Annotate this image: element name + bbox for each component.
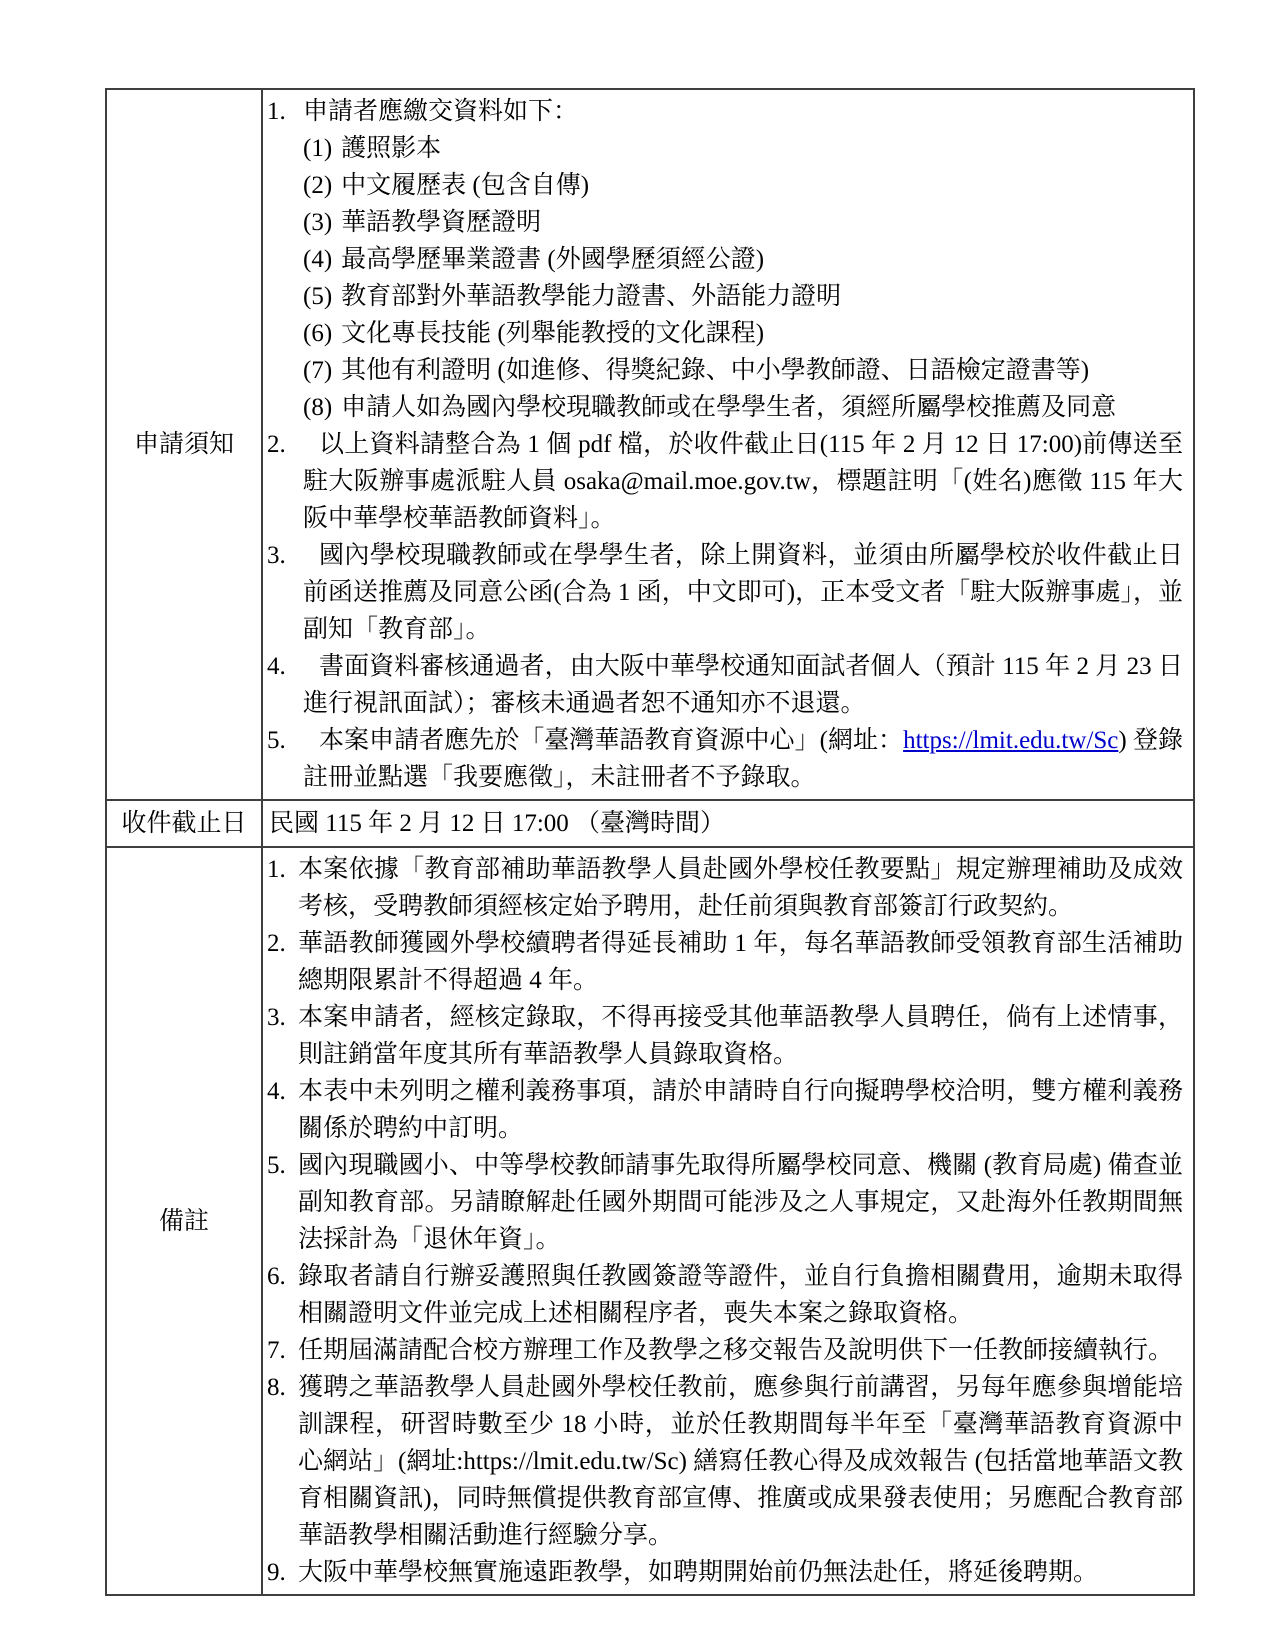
remark-item-4: 4.本表中未列明之權利義務事項，請於申請時自行向擬聘學校洽明，雙方權利義務關係於…: [267, 1073, 1183, 1147]
sub-item-text: 最高學歷畢業證書 (外國學歷須經公證): [341, 246, 764, 273]
resource-center-link[interactable]: https://lmit.edu.tw/Sc: [903, 727, 1118, 754]
item-number: 4.: [267, 648, 286, 685]
table-row-remarks: 備註 1.本案依據「教育部補助華語教學人員赴國外學校任教要點」規定辦理補助及成效…: [106, 847, 1194, 1595]
table-row-application-notes: 申請須知 1.申請者應繳交資料如下： (1)護照影本 (2)中文履歷表 (包含自…: [106, 89, 1194, 800]
item-text: 大阪中華學校無實施遠距教學，如聘期開始前仍無法赴任，將延後聘期。: [298, 1559, 1098, 1586]
sub-item-text: 中文履歷表 (包含自傳): [341, 172, 589, 199]
row-label-remarks: 備註: [106, 847, 262, 1595]
sub-item-5: (5)教育部對外華語教學能力證書、外語能力證明: [303, 278, 1183, 315]
sub-item-text: 華語教學資歷證明: [341, 209, 541, 236]
item-number: 2.: [267, 925, 286, 962]
item-number: 2.: [267, 426, 286, 463]
item-number: 4.: [267, 1073, 286, 1110]
item-text: 本案依據「教育部補助華語教學人員赴國外學校任教要點」規定辦理補助及成效考核，受聘…: [298, 856, 1183, 920]
item-text: 獲聘之華語教學人員赴國外學校任教前，應參與行前講習，另每年應參與增能培訓課程，研…: [298, 1374, 1183, 1549]
remark-item-8: 8.獲聘之華語教學人員赴國外學校任教前，應參與行前講習，另每年應參與增能培訓課程…: [267, 1369, 1183, 1554]
list-item-2: 2.以上資料請整合為 1 個 pdf 檔，於收件截止日(115 年 2 月 12…: [267, 426, 1183, 537]
item-number: 8.: [267, 1369, 286, 1406]
sub-item-number: (2): [303, 172, 332, 199]
item-number: 1.: [267, 93, 286, 130]
list-item-1: 1.申請者應繳交資料如下： (1)護照影本 (2)中文履歷表 (包含自傳) (3…: [267, 93, 1183, 426]
list-item-3: 3.國內學校現職教師或在學學生者，除上開資料，並須由所屬學校於收件截止日前函送推…: [267, 537, 1183, 648]
sub-item-4: (4)最高學歷畢業證書 (外國學歷須經公證): [303, 241, 1183, 278]
item-text: 錄取者請自行辦妥護照與任教國簽證等證件，並自行負擔相關費用，逾期未取得相關證明文…: [298, 1263, 1183, 1327]
application-info-table: 申請須知 1.申請者應繳交資料如下： (1)護照影本 (2)中文履歷表 (包含自…: [105, 88, 1195, 1596]
sub-item-text: 申請人如為國內學校現職教師或在學學生者，須經所屬學校推薦及同意: [341, 394, 1116, 421]
sub-item-text: 護照影本: [341, 135, 441, 162]
remarks-content: 1.本案依據「教育部補助華語教學人員赴國外學校任教要點」規定辦理補助及成效考核，…: [262, 847, 1194, 1595]
row-label-application-notes: 申請須知: [106, 89, 262, 800]
sub-item-8: (8)申請人如為國內學校現職教師或在學學生者，須經所屬學校推薦及同意: [303, 389, 1183, 426]
item-number: 7.: [267, 1332, 286, 1369]
item-number: 9.: [267, 1554, 286, 1591]
item-number: 5.: [267, 1147, 286, 1184]
item-text: 國內現職國小、中等學校教師請事先取得所屬學校同意、機關 (教育局處) 備查並副知…: [298, 1152, 1183, 1253]
sub-item-2: (2)中文履歷表 (包含自傳): [303, 167, 1183, 204]
item-number: 3.: [267, 537, 286, 574]
remark-item-2: 2.華語教師獲國外學校續聘者得延長補助 1 年，每名華語教師受領教育部生活補助總…: [267, 925, 1183, 999]
deadline-value: 民國 115 年 2 月 12 日 17:00 （臺灣時間）: [262, 800, 1194, 847]
row-label-deadline: 收件截止日: [106, 800, 262, 847]
sub-item-number: (4): [303, 246, 332, 273]
sub-item-3: (3)華語教學資歷證明: [303, 204, 1183, 241]
sub-item-number: (1): [303, 135, 332, 162]
table-row-deadline: 收件截止日 民國 115 年 2 月 12 日 17:00 （臺灣時間）: [106, 800, 1194, 847]
item-number: 6.: [267, 1258, 286, 1295]
sub-item-number: (7): [303, 357, 332, 384]
item-text: 國內學校現職教師或在學學生者，除上開資料，並須由所屬學校於收件截止日前函送推薦及…: [303, 542, 1183, 643]
item-number: 5.: [267, 722, 286, 759]
list-item-4: 4.書面資料審核通過者，由大阪中華學校通知面試者個人（預計 115 年 2 月 …: [267, 648, 1183, 722]
item-text: 華語教師獲國外學校續聘者得延長補助 1 年，每名華語教師受領教育部生活補助總期限…: [298, 930, 1183, 994]
sub-item-1: (1)護照影本: [303, 130, 1183, 167]
item-text: 以上資料請整合為 1 個 pdf 檔，於收件截止日(115 年 2 月 12 日…: [303, 431, 1183, 532]
remark-item-9: 9.大阪中華學校無實施遠距教學，如聘期開始前仍無法赴任，將延後聘期。: [267, 1554, 1183, 1591]
item-text: 申請者應繳交資料如下：: [303, 98, 578, 125]
sub-item-number: (5): [303, 283, 332, 310]
item-text: 本案申請者，經核定錄取，不得再接受其他華語教學人員聘任，倘有上述情事，則註銷當年…: [298, 1004, 1183, 1068]
sub-item-number: (3): [303, 209, 332, 236]
item-text-pre: 本案申請者應先於「臺灣華語教育資源中心」(網址：: [319, 727, 903, 754]
sub-item-text: 其他有利證明 (如進修、得獎紀錄、中小學教師證、日語檢定證書等): [341, 357, 1089, 384]
sub-item-number: (8): [303, 394, 332, 421]
sub-item-text: 教育部對外華語教學能力證書、外語能力證明: [341, 283, 841, 310]
document-page: 申請須知 1.申請者應繳交資料如下： (1)護照影本 (2)中文履歷表 (包含自…: [0, 0, 1275, 1650]
item-text: 本表中未列明之權利義務事項，請於申請時自行向擬聘學校洽明，雙方權利義務關係於聘約…: [298, 1078, 1183, 1142]
remark-item-5: 5.國內現職國小、中等學校教師請事先取得所屬學校同意、機關 (教育局處) 備查並…: [267, 1147, 1183, 1258]
remark-item-1: 1.本案依據「教育部補助華語教學人員赴國外學校任教要點」規定辦理補助及成效考核，…: [267, 851, 1183, 925]
list-item-5: 5.本案申請者應先於「臺灣華語教育資源中心」(網址：https://lmit.e…: [267, 722, 1183, 796]
item-text: 書面資料審核通過者，由大阪中華學校通知面試者個人（預計 115 年 2 月 23…: [303, 653, 1183, 717]
remark-item-6: 6.錄取者請自行辦妥護照與任教國簽證等證件，並自行負擔相關費用，逾期未取得相關證…: [267, 1258, 1183, 1332]
item-text: 任期屆滿請配合校方辦理工作及教學之移交報告及說明供下一任教師接續執行。: [298, 1337, 1173, 1364]
sub-item-text: 文化專長技能 (列舉能教授的文化課程): [341, 320, 764, 347]
item-number: 1.: [267, 851, 286, 888]
remark-item-7: 7.任期屆滿請配合校方辦理工作及教學之移交報告及說明供下一任教師接續執行。: [267, 1332, 1183, 1369]
remark-item-3: 3.本案申請者，經核定錄取，不得再接受其他華語教學人員聘任，倘有上述情事，則註銷…: [267, 999, 1183, 1073]
sub-item-6: (6)文化專長技能 (列舉能教授的文化課程): [303, 315, 1183, 352]
item-number: 3.: [267, 999, 286, 1036]
application-notes-content: 1.申請者應繳交資料如下： (1)護照影本 (2)中文履歷表 (包含自傳) (3…: [262, 89, 1194, 800]
sub-item-7: (7)其他有利證明 (如進修、得獎紀錄、中小學教師證、日語檢定證書等): [303, 352, 1183, 389]
sub-item-number: (6): [303, 320, 332, 347]
